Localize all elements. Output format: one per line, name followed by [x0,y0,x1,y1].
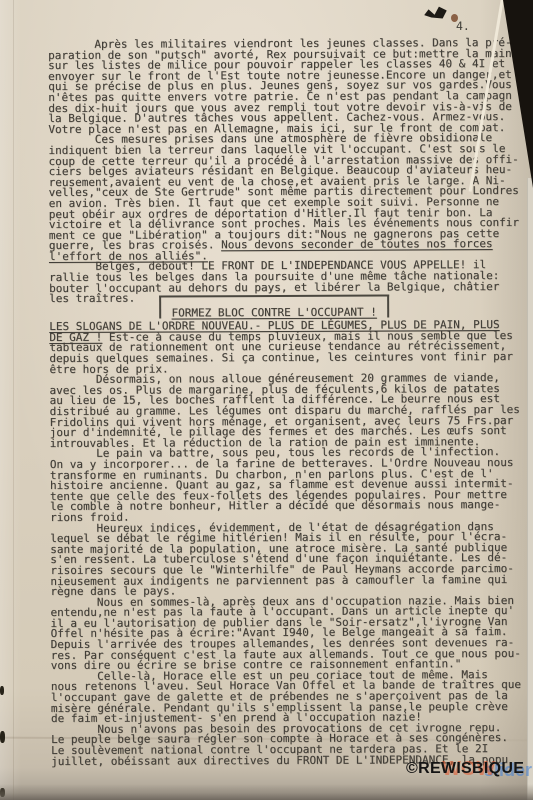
paper-speck [0,686,4,695]
text-segment: Nous devons seconder de toutes nos force… [221,237,493,251]
watermark-main: ©REWISBIQUE [406,760,524,778]
paper-speck [0,731,5,743]
watermark: WOW slider ©REWISBIQUE [400,756,530,784]
paper-right-edge [527,178,533,800]
text-segment: les traîtres. [49,292,135,305]
text-segment: FORMEZ BLOC CONTRE L'OCCUPANT ! [172,307,377,318]
boxed-slogan-row: les traîtres.FORMEZ BLOC CONTRE L'OCCUPA… [49,292,533,322]
scanned-document-page: 4. Après les militaires viendront les je… [0,0,533,800]
bottom-edge-shadow [0,784,533,800]
page-number: 4. [456,19,470,33]
ink-blot-mark [423,5,448,22]
slogan-box: FORMEZ BLOC CONTRE L'OCCUPANT ! [159,295,389,319]
paper-crease-vertical [13,0,14,800]
text-block: Après les militaires viendront les jeune… [48,38,533,767]
